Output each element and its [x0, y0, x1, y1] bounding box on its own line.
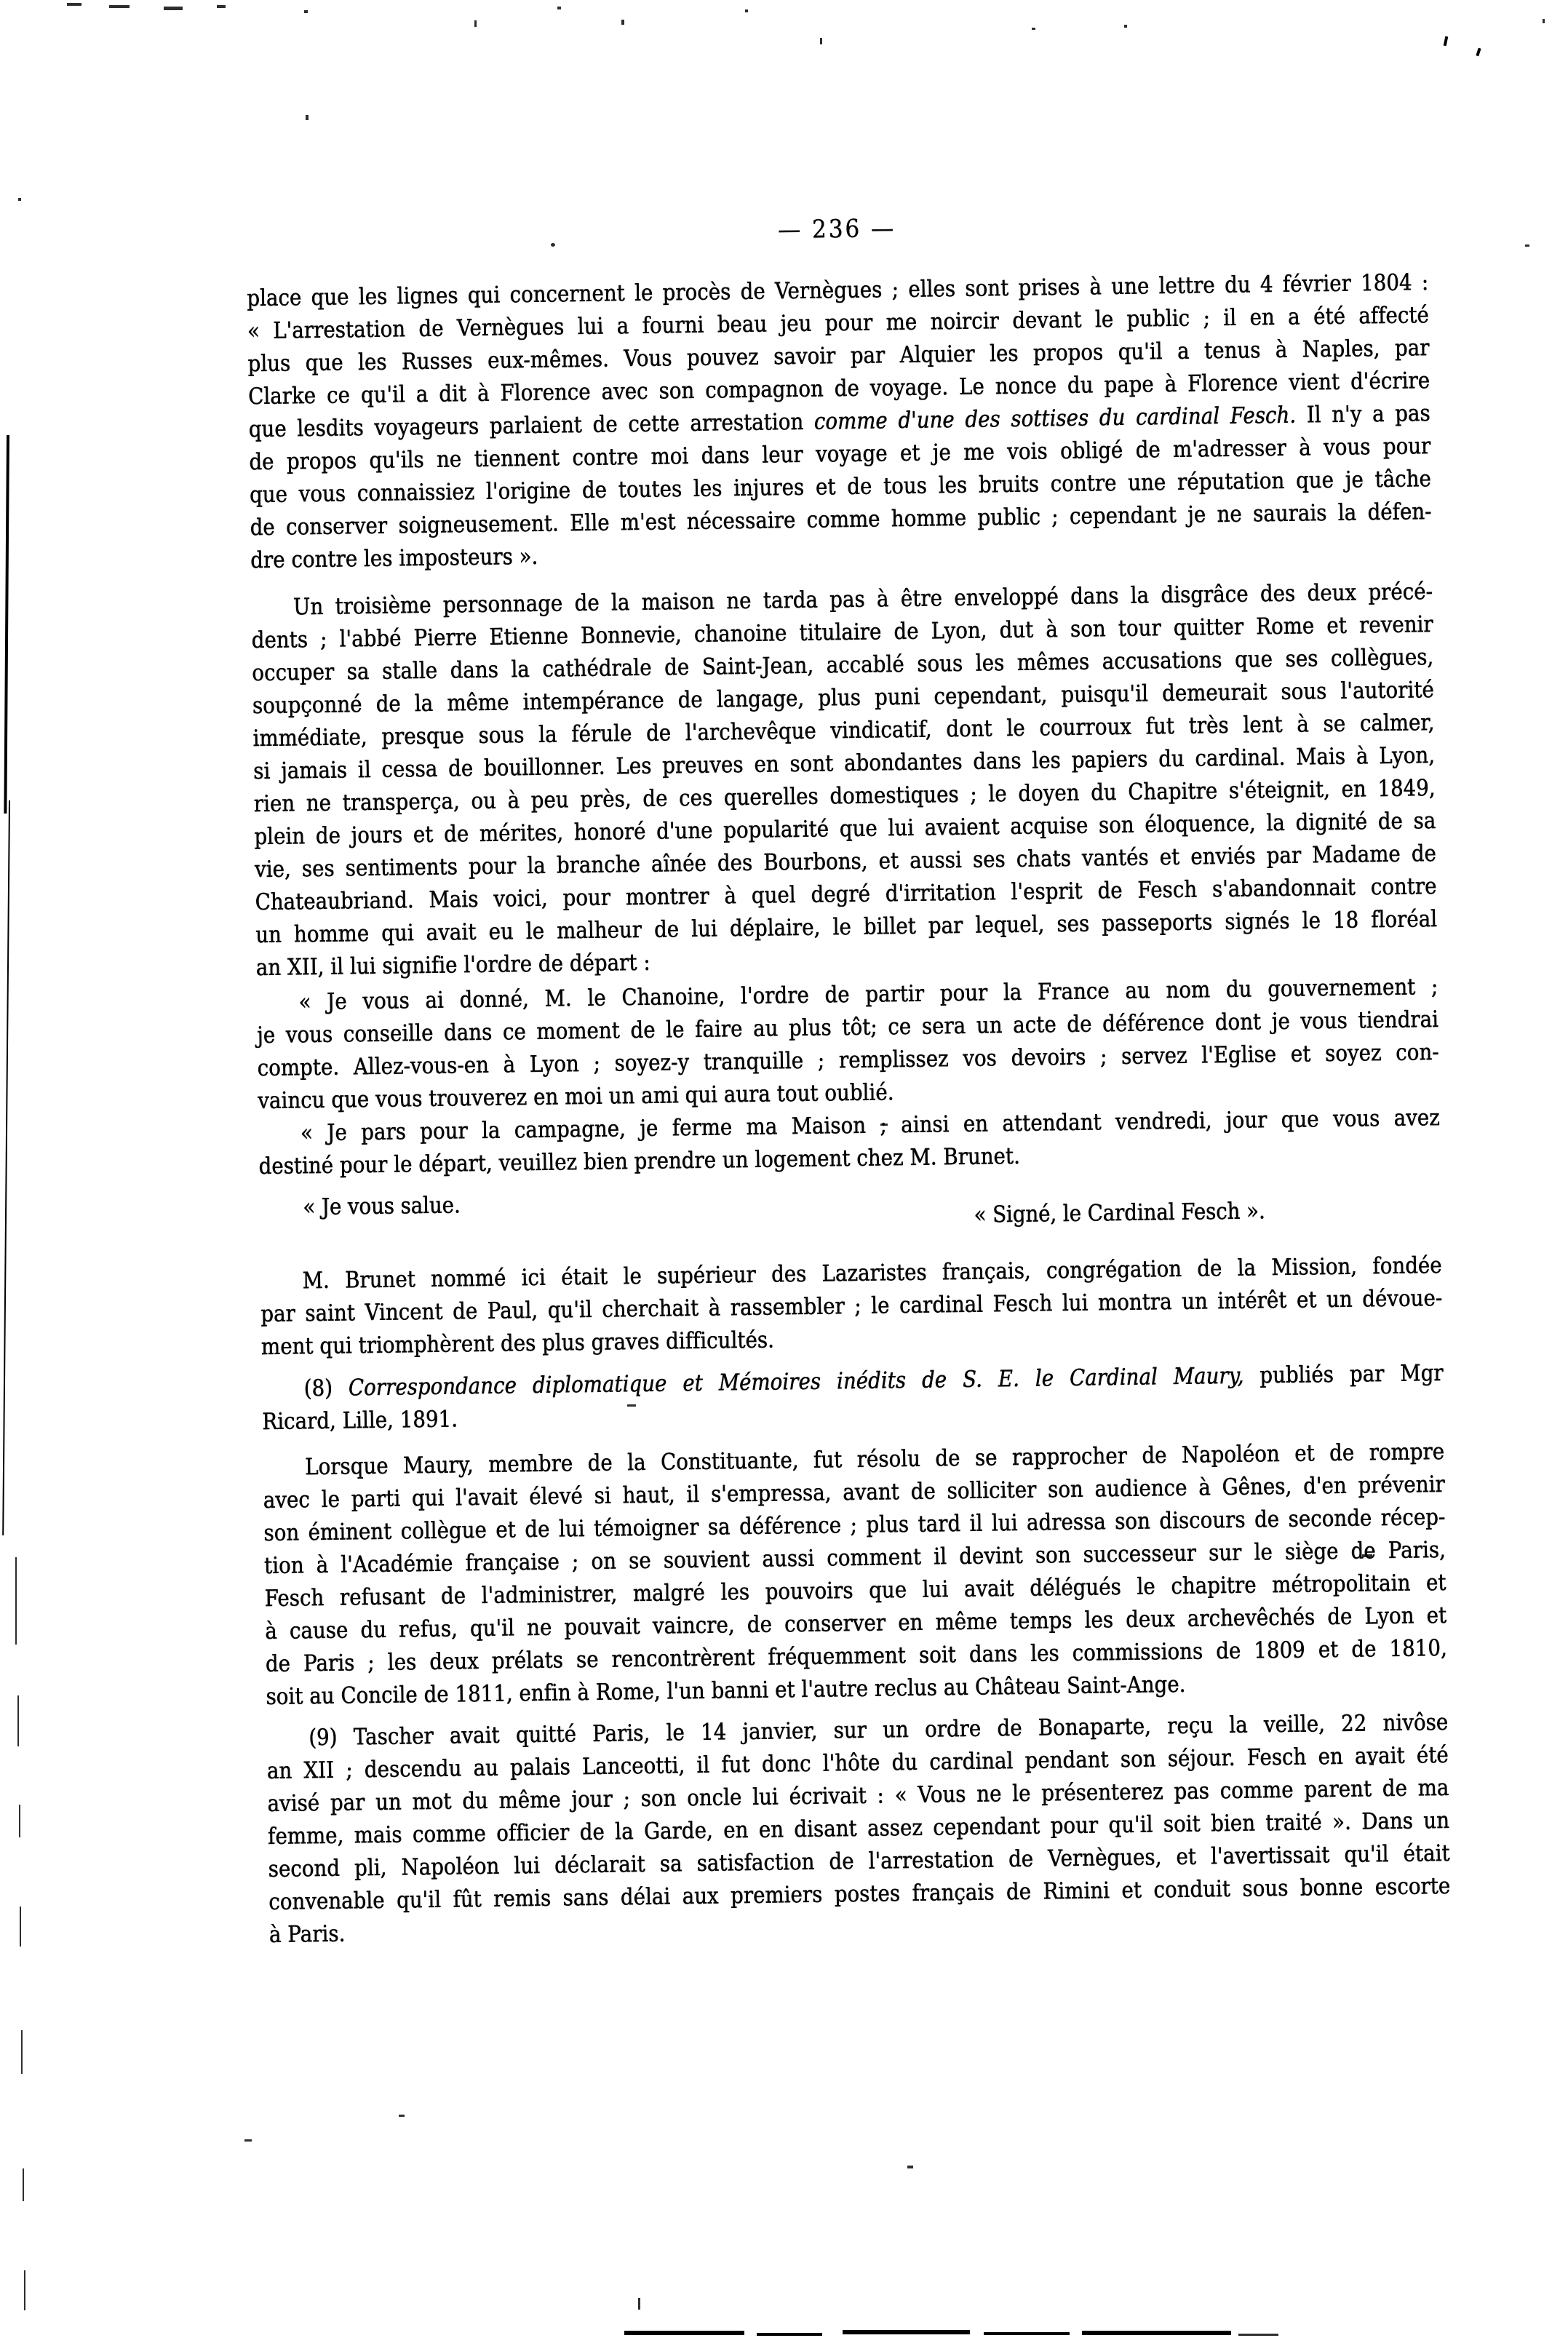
text-segment: dre contre les imposteurs ».: [250, 544, 538, 574]
scan-speck: [164, 7, 183, 10]
paragraph-note-8: (8) Correspondance diplomatique et Mémoi…: [261, 1357, 1444, 1439]
scan-bottom-smudge: [1082, 2331, 1231, 2335]
text-segment: (8): [304, 1375, 349, 1401]
paragraph-brunet: M. Brunet nommé ici était le supérieur d…: [260, 1249, 1443, 1364]
scan-speck: [880, 1124, 888, 1126]
scan-gutter-line: [21, 2030, 23, 2074]
text-segment: publiés par Mgr: [1243, 1360, 1444, 1389]
scan-gutter-line: [2, 800, 10, 1535]
scan-speck: [557, 7, 561, 9]
scan-gutter-line: [24, 2270, 25, 2310]
scan-speck: [1362, 1554, 1372, 1557]
scan-speck: [1032, 28, 1035, 30]
scan-gutter-line: [19, 1805, 20, 1837]
scan-gutter-line: [23, 2168, 24, 2201]
scan-speck: [474, 20, 477, 27]
scan-gutter-line: [17, 1695, 19, 1746]
paragraph-note-9: (9) Tascher avait quitté Paris, le 14 ja…: [266, 1706, 1451, 1952]
text-segment: Ricard, Lille, 1891.: [262, 1406, 458, 1435]
paragraph-bonnevie: Un troisième personnage de la maison ne …: [251, 576, 1438, 985]
text-segment: destiné pour le départ, veuillez bien pr…: [258, 1143, 1020, 1180]
page: — 236 — place que les lignes qui concern…: [246, 208, 1451, 1952]
scan-bottom-smudge: [624, 2331, 744, 2335]
scan-speck: [745, 9, 748, 12]
text-segment: à Paris.: [269, 1920, 346, 1948]
scan-speck: [217, 5, 226, 8]
scan-speck: [109, 5, 130, 8]
text-segment: ment qui triomphèrent des plus graves di…: [261, 1327, 774, 1360]
text-segment: soit au Concile de 1811, enfin à Rome, l…: [266, 1671, 1185, 1710]
scan-bottom-smudge: [757, 2333, 822, 2336]
scan-speck: [907, 2166, 913, 2168]
scan-speck: [67, 3, 81, 6]
scan-speck: [1369, 1762, 1374, 1765]
paragraph-signoff: « Je vous salue.« Signé, le Cardinal Fes…: [259, 1176, 1441, 1241]
paragraph-maury: Lorsque Maury, membre de la Constituante…: [263, 1436, 1448, 1714]
scan-speck: [627, 1404, 636, 1407]
italic-text-segment: comme d'une des sottises du cardinal Fes…: [814, 402, 1297, 434]
paragraph-continuation: place que les lignes qui concernent le p…: [247, 266, 1432, 577]
text-segment: an XII, il lui signifie l'ordre de dépar…: [256, 950, 650, 982]
text-segment: Il n'y a pas: [1296, 400, 1430, 429]
scan-speck: [621, 20, 624, 25]
scan-speck: [638, 2298, 640, 2310]
scan-speck: [306, 115, 309, 120]
scan-speck: [1543, 19, 1545, 23]
scan-gutter-line: [4, 435, 9, 814]
scan-speck: [820, 38, 822, 44]
paragraph-quote-depart: « Je vous ai donné, M. le Chanoine, l'or…: [256, 971, 1439, 1118]
scan-speck: [1444, 36, 1449, 47]
scan-bottom-smudge: [984, 2332, 1070, 2335]
scan-speck: [1124, 25, 1127, 28]
scan-bottom-smudge: [1238, 2334, 1278, 2336]
scan-bottom-smudge: [843, 2330, 970, 2334]
scan-speck: [399, 2115, 405, 2117]
scan-speck: [18, 198, 21, 201]
text-block: place que les lignes qui concernent le p…: [247, 266, 1451, 1952]
scan-speck: [304, 10, 308, 13]
scan-speck: [1476, 48, 1481, 57]
scan-speck: [1525, 244, 1529, 247]
scan-gutter-line: [20, 1906, 21, 1947]
scan-speck: [244, 2139, 252, 2142]
scan-speck: [551, 243, 555, 247]
paragraph-quote-campagne: « Je pars pour la campagne, je ferme ma …: [258, 1102, 1441, 1183]
scan-gutter-line: [15, 1557, 17, 1645]
page-number: — 236 —: [246, 207, 1428, 252]
